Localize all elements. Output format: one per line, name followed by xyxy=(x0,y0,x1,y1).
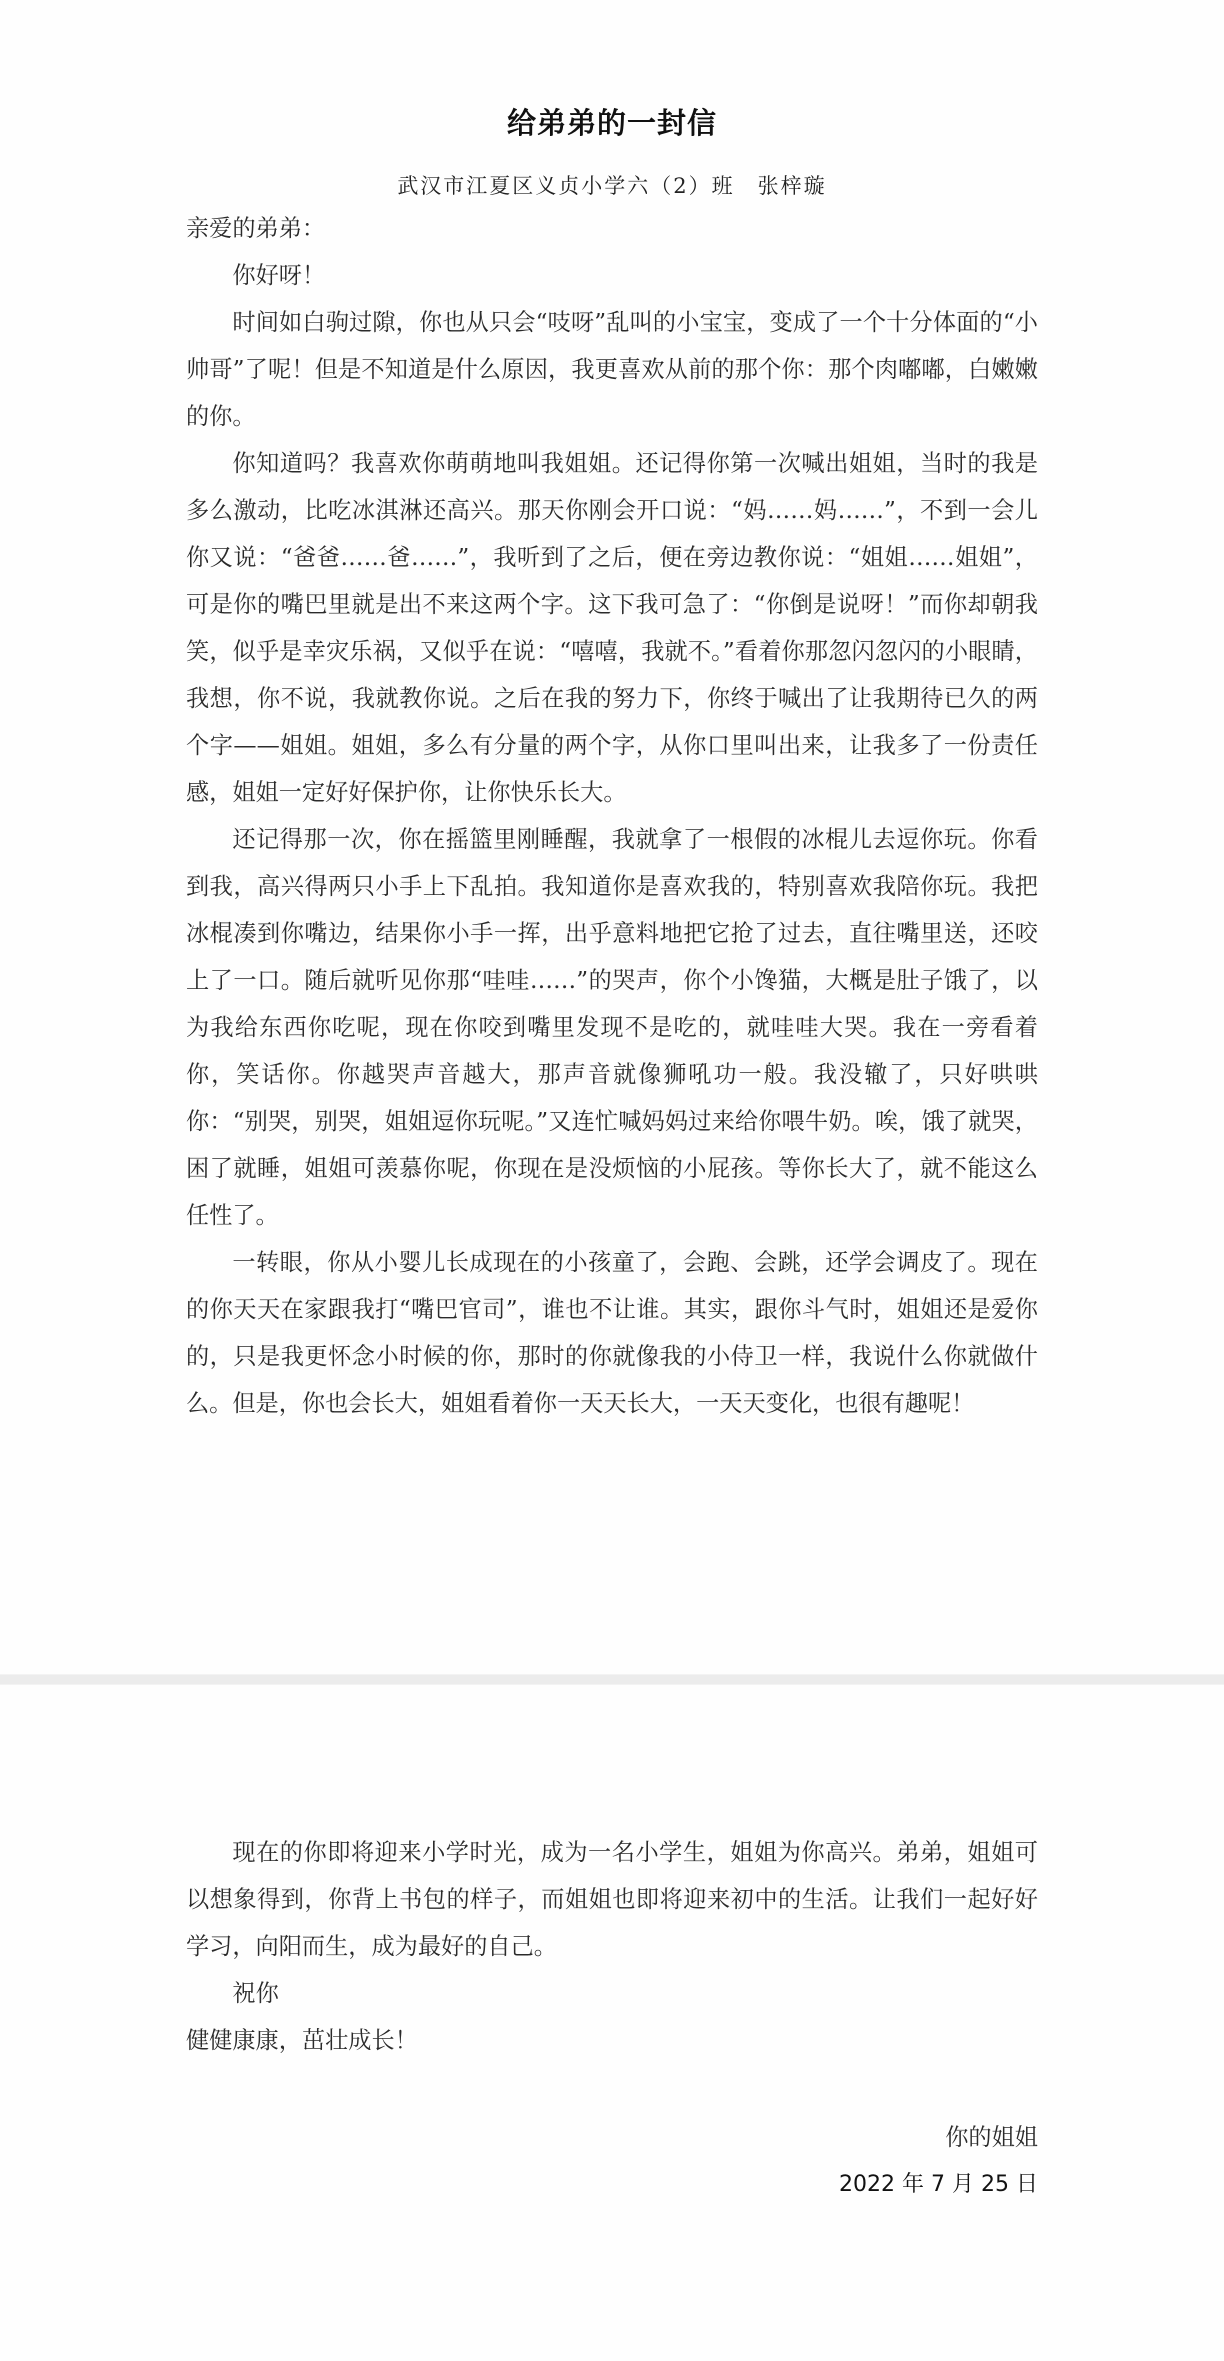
letter-title: 给弟弟的一封信 xyxy=(0,101,1224,142)
signature: 你的姐姐 xyxy=(186,2114,1038,2161)
document-page-2: 现在的你即将迎来小学时光，成为一名小学生，姐姐为你高兴。弟弟，姐姐可以想象得到，… xyxy=(0,1685,1224,2361)
greeting: 你好呀！ xyxy=(186,252,1038,299)
paragraph: 时间如白驹过隙，你也从只会“吱呀”乱叫的小宝宝，变成了一个十分体面的“小帅哥”了… xyxy=(186,299,1038,440)
closing-blessing: 健健康康，茁壮成长！ xyxy=(186,2017,1038,2064)
paragraph: 你知道吗？我喜欢你萌萌地叫我姐姐。还记得你第一次喊出姐姐，当时的我是多么激动，比… xyxy=(186,440,1038,816)
closing-wish: 祝你 xyxy=(186,1970,1038,2017)
paragraph: 还记得那一次，你在摇篮里刚睡醒，我就拿了一根假的冰棍儿去逗你玩。你看到我，高兴得… xyxy=(186,816,1038,1239)
paragraph: 一转眼，你从小婴儿长成现在的小孩童了，会跑、会跳，还学会调皮了。现在的你天天在家… xyxy=(186,1239,1038,1427)
paragraph: 现在的你即将迎来小学时光，成为一名小学生，姐姐为你高兴。弟弟，姐姐可以想象得到，… xyxy=(186,1829,1038,1970)
letter-body: 亲爱的弟弟： 你好呀！ 时间如白驹过隙，你也从只会“吱呀”乱叫的小宝宝，变成了一… xyxy=(186,205,1038,1427)
letter-body-continued: 现在的你即将迎来小学时光，成为一名小学生，姐姐为你高兴。弟弟，姐姐可以想象得到，… xyxy=(186,1829,1038,2208)
salutation: 亲爱的弟弟： xyxy=(186,205,1038,252)
author-byline: 武汉市江夏区义贞小学六（2）班 张梓璇 xyxy=(0,170,1224,200)
page-separator xyxy=(0,1674,1224,1685)
spacer xyxy=(186,2064,1038,2114)
letter-date: 2022 年 7 月 25 日 xyxy=(186,2161,1038,2208)
document-page-1: 给弟弟的一封信 武汉市江夏区义贞小学六（2）班 张梓璇 亲爱的弟弟： 你好呀！ … xyxy=(0,0,1224,1674)
